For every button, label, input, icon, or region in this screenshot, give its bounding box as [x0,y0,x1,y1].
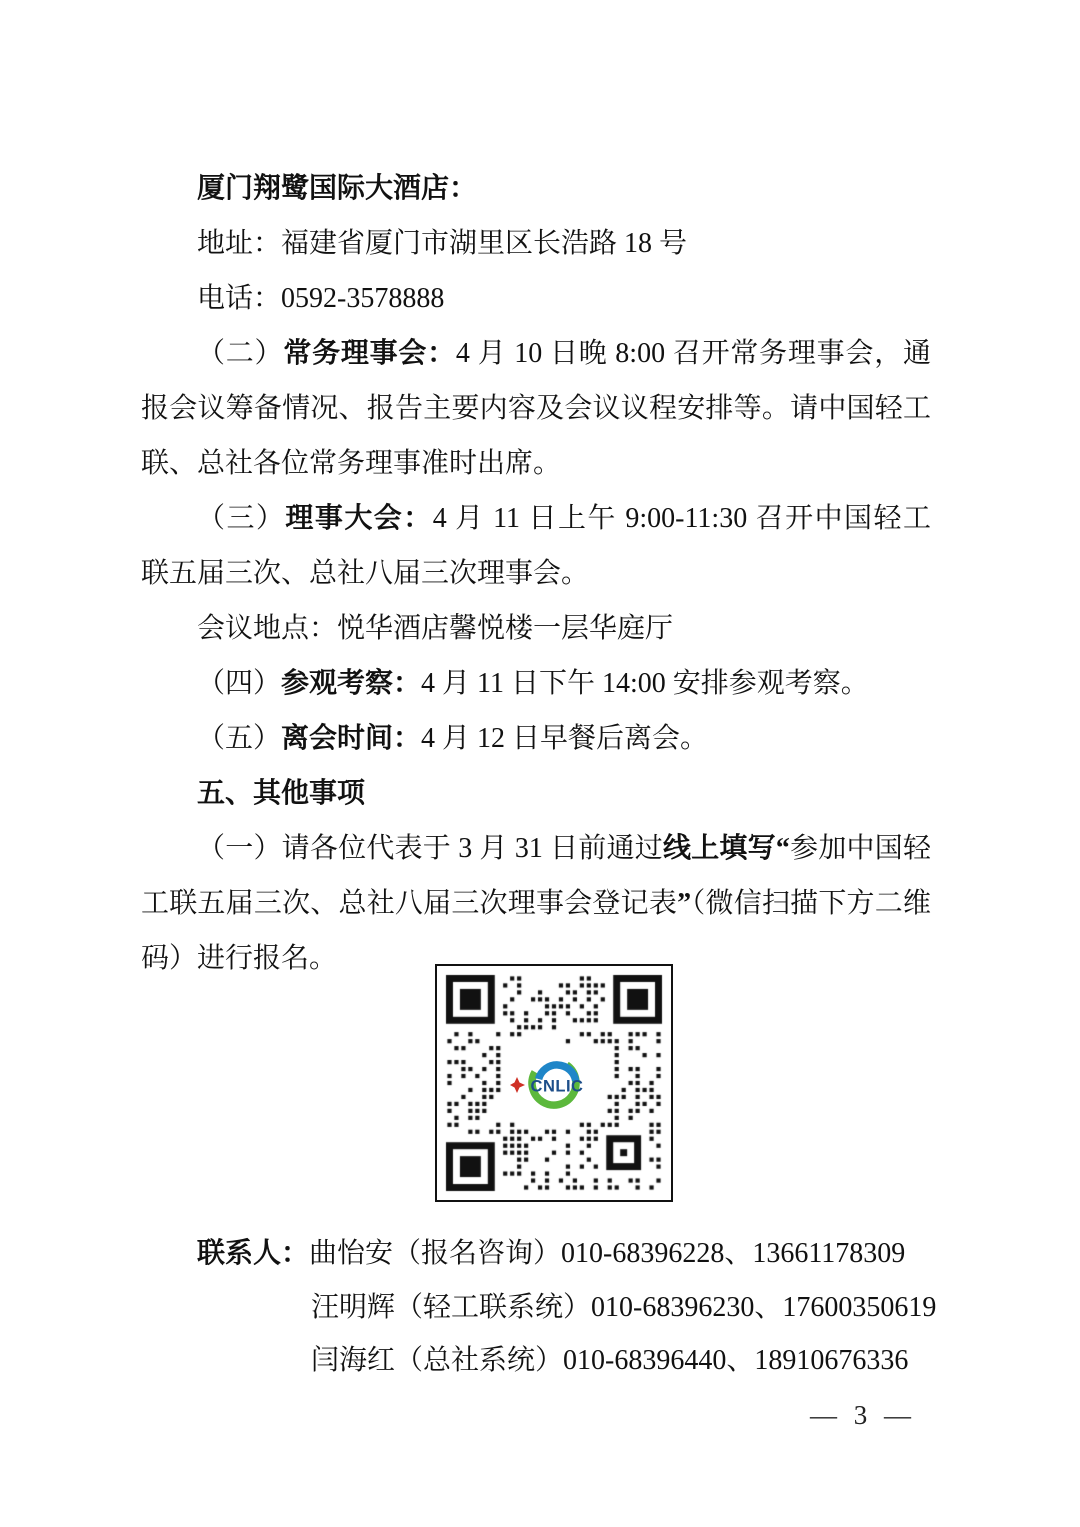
text-run: 理事大会： [285,503,432,534]
text-run: 联五届三次、总社八届三次理事会。 [141,558,589,589]
contact-text: 闫海红（总社系统）010-68396440、18910676336 [311,1345,908,1376]
document-lines: 厦门翔鹭国际大酒店：地址：福建省厦门市湖里区长浩路 18 号电话：0592-35… [141,161,931,986]
text-line: 地址：福建省厦门市湖里区长浩路 18 号 [141,216,931,271]
text-line: 电话：0592-3578888 [141,271,931,326]
text-run: 线上填写 [663,833,776,864]
registration-qr-code: CNLIC [435,964,673,1202]
text-run: 码）进行报名。 [141,943,337,974]
cnlic-logo: CNLIC [510,1052,598,1114]
text-run: （二） [197,338,283,369]
text-run: 电话：0592-3578888 [197,283,444,314]
text-run: 地址：福建省厦门市湖里区长浩路 18 号 [197,228,687,259]
cnlic-logo-icon: CNLIC [510,1052,598,1114]
page-number: — 3 — [810,1400,911,1431]
text-run: “ [776,833,790,864]
text-line: （四）参观考察：4 月 11 日下午 14:00 安排参观考察。 [141,656,931,711]
text-line: 五、其他事项 [141,766,931,821]
contacts-block: 联系人：曲怡安（报名咨询）010-68396228、13661178309 汪明… [141,1227,941,1388]
text-run: （三） [197,503,285,534]
text-run: 离会时间： [281,723,421,754]
contact-row: 汪明辉（轻工联系统）010-68396230、17600350619 [141,1281,941,1335]
text-run: 报会议筹备情况、报告主要内容及会议议程安排等。请中国轻工 [141,393,931,424]
text-line: （一）请各位代表于 3 月 31 日前通过线上填写“参加中国轻 [141,821,931,876]
text-line: 联五届三次、总社八届三次理事会。 [141,546,931,601]
text-run: 4 月 10 日晚 8:00 召开常务理事会，通 [456,338,931,369]
contacts-label: 联系人： [197,1238,309,1269]
text-run: 常务理事会： [283,338,456,369]
text-run: （五） [197,723,281,754]
contact-row: 闫海红（总社系统）010-68396440、18910676336 [141,1334,941,1388]
logo-red-star-icon [510,1077,525,1093]
contact-row: 联系人：曲怡安（报名咨询）010-68396228、13661178309 [141,1227,941,1281]
contact-text: 汪明辉（轻工联系统）010-68396230、17600350619 [311,1292,936,1323]
text-line: （三）理事大会：4 月 11 日上午 9:00-11:30 召开中国轻工 [141,491,931,546]
text-line: （二）常务理事会：4 月 10 日晚 8:00 召开常务理事会，通 [141,326,931,381]
text-run: 工联五届三次、总社八届三次理事会登记表 [141,888,677,919]
text-line: （五）离会时间：4 月 12 日早餐后离会。 [141,711,931,766]
text-run: 会议地点：悦华酒店馨悦楼一层华庭厅 [197,613,673,644]
document-page: 厦门翔鹭国际大酒店：地址：福建省厦门市湖里区长浩路 18 号电话：0592-35… [0,0,1080,1527]
text-run: 厦门翔鹭国际大酒店： [197,173,477,204]
text-run: ” [677,888,691,919]
text-run: （四） [197,668,281,699]
text-line: 联、总社各位常务理事准时出席。 [141,436,931,491]
text-run: （一）请各位代表于 3 月 31 日前通过 [197,833,663,864]
text-run: 4 月 12 日早餐后离会。 [421,723,708,754]
text-run: 联、总社各位常务理事准时出席。 [141,448,561,479]
text-line: 工联五届三次、总社八届三次理事会登记表”（微信扫描下方二维 [141,876,931,931]
contact-text: 曲怡安（报名咨询）010-68396228、13661178309 [309,1238,905,1269]
logo-text: CNLIC [531,1078,584,1096]
text-run: 五、其他事项 [197,778,365,809]
text-line: 报会议筹备情况、报告主要内容及会议议程安排等。请中国轻工 [141,381,931,436]
text-run: 4 月 11 日下午 14:00 安排参观考察。 [421,668,869,699]
text-run: 参观考察： [281,668,421,699]
text-run: 参加中国轻 [790,833,931,864]
text-line: 会议地点：悦华酒店馨悦楼一层华庭厅 [141,601,931,656]
text-line: 厦门翔鹭国际大酒店： [141,161,931,216]
text-run: （微信扫描下方二维 [691,888,931,919]
text-run: 4 月 11 日上午 9:00-11:30 召开中国轻工 [433,503,931,534]
